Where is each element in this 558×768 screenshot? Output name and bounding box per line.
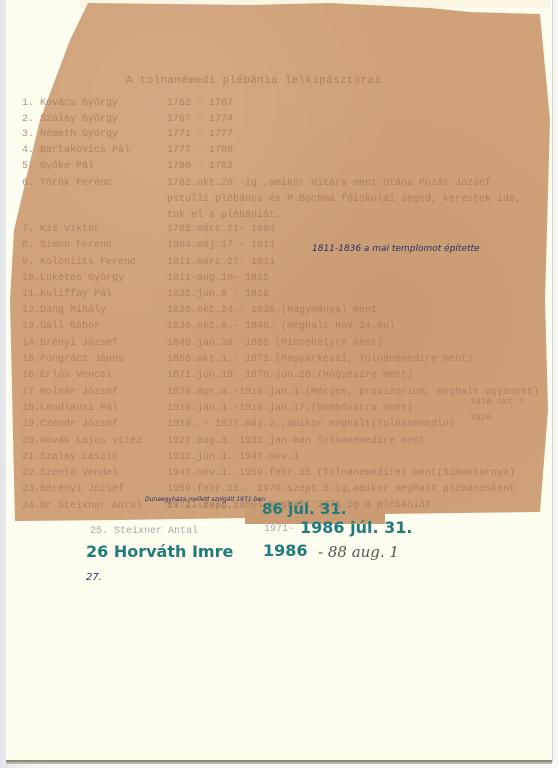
entry-dates: 1849.jan.30.-1855 (Pincehelyre ment) [167, 338, 383, 349]
entry-dates: 1804.máj.17 - 1811 [167, 240, 275, 251]
entry-dates: 1811-aug.10- 1825 [167, 273, 269, 284]
entry-note: 1910.okt.? [470, 397, 524, 407]
entry-name: Bartakovics Pál [40, 145, 130, 156]
row25-name: 25. Steixner Antal [90, 526, 198, 537]
entry-number: 8. [22, 240, 40, 251]
entry-name: Németh György [40, 129, 118, 140]
entry-number: 2. [22, 114, 40, 125]
row26-start: 1986 [263, 541, 308, 560]
entry-name: Szalay László [40, 452, 118, 463]
entry-name: Gyóke Pál [40, 161, 94, 172]
entry-name: Török Ferenc [40, 178, 112, 189]
entry-dates: 1856.okt.1.- 1871.(Magyarkeszi, Tolnaném… [167, 354, 473, 365]
entry-number: 24. [22, 501, 40, 512]
entry-dates: 1777 - 1780 [167, 145, 233, 156]
entry-name: Czéndr József [40, 419, 118, 430]
entry-dates: 1947.nov.1.-1959.febr.15 (Tolnanémedire)… [167, 468, 515, 479]
entry-name: Lendlausi Pál [40, 403, 118, 414]
entry-dates: 1932.jún.1.-1947.nov.1 [167, 452, 299, 463]
entry-name: Dr Steixner Antal [40, 501, 142, 512]
row26-end: - 88 aug. 1 [318, 543, 399, 561]
margin-note: 1811-1836 a mai templomot építette [312, 244, 480, 254]
entry-name: Pongrácz János [40, 354, 124, 365]
entry-dates: 1836.okt.6.- 1848. (meghalt nov.24.én) [167, 321, 395, 332]
entry-continuation: pstulli plébános és P.Bochma főiskolai s… [167, 194, 521, 205]
entry-number: 22. [22, 468, 40, 479]
entry-number: 5. [22, 161, 40, 172]
entry-dates: 1771 - 1777 [167, 129, 233, 140]
entry-number: 13. [22, 321, 40, 332]
row27-number: 27. [86, 572, 102, 583]
entry-number: 12. [22, 305, 40, 316]
entry-name: Szentó Vendel [40, 468, 118, 479]
entry-name: Molnár József [40, 387, 118, 398]
small-handwritten-note: Dunaegyháza mellett szolgált 1971-ben [145, 496, 265, 503]
entry-name: Dang Mihály [40, 305, 106, 316]
entry-dates: 1910.jan.1.-1919.jan.17.(Dombóvárra ment… [167, 403, 413, 414]
entry-number: 15. [22, 354, 40, 365]
entry-number: 11. [22, 289, 40, 300]
entry-continuation: tok el a plébániát. [167, 210, 281, 221]
entry-number: 14. [22, 338, 40, 349]
row25-start: 1971- [264, 524, 294, 535]
entry-number: 6. [22, 178, 40, 189]
entry-name: Koloniits Ferenc [40, 257, 136, 268]
entry-name: Kovács György [40, 98, 118, 109]
entry-name: Bérényi József [40, 484, 124, 495]
entry-number: 19. [22, 419, 40, 430]
entry-number: 4. [22, 145, 40, 156]
entry-dates: 1811.márc.27- 1811 [167, 257, 275, 268]
entry-name: Novák Lajos vitéz [40, 436, 142, 447]
entry-dates: 1767 - 1774 [167, 114, 233, 125]
entry-number: 9. [22, 257, 40, 268]
entry-dates: 1780 - 1782 [167, 161, 233, 172]
entry-name: Szalay György [40, 114, 118, 125]
entry-dates: 1752 - 1767 [167, 98, 233, 109]
entry-dates: 1826.okt.24.- 1836.(Nagymánya) ment [167, 305, 377, 316]
entry-number: 1. [22, 98, 40, 109]
entry-name: Gáll Gábor [40, 321, 100, 332]
entry-number: 10. [22, 273, 40, 284]
entry-name: Simon Ferenc [40, 240, 112, 251]
entry-dates: 1927.aug.3.-1932.jan-ban Tolnanémedire m… [167, 436, 425, 447]
entry-number: 7. [22, 224, 40, 235]
entry-number: 18. [22, 403, 40, 414]
entry-name: Luketos György [40, 273, 124, 284]
entry-name: Kuliffay Pál [40, 289, 112, 300]
green-end-date-row24: 86 júl. 31. [262, 500, 347, 518]
entry-number: 20. [22, 436, 40, 447]
entry-dates: 1782.okt.20.-ig.,amikor Vitára ment.Után… [167, 178, 491, 189]
entry-name: Kis Viktor [40, 224, 100, 235]
entry-dates: 1825.jun.8 - 1826 [167, 289, 269, 300]
entry-number: 21. [22, 452, 40, 463]
entry-name: Brényi József [40, 338, 118, 349]
entry-number: 23. [22, 484, 40, 495]
row25-end: 1986 júl. 31. [300, 518, 412, 537]
entry-dates: 1785.márc.21- 1804 [167, 224, 275, 235]
entry-dates: 1919. - 1927.máj.2.,amikor meghalt(Tolna… [167, 419, 455, 430]
entry-number: 3. [22, 129, 40, 140]
entry-number: 16. [22, 370, 40, 381]
row26-name: 26 Horváth Imre [86, 542, 233, 561]
entry-dates: 1871.jún.19.-1876.jún.26.(Hőgyészre ment… [167, 370, 413, 381]
entry-name: Erlős Vencel [40, 370, 112, 381]
entry-dates: 1959.febr.15.- 1970.szept.5-ig,amikor me… [167, 484, 515, 495]
entry-number: 17. [22, 387, 40, 398]
document-title: A tolnanémedi plébánia lelkipásztorai [126, 75, 381, 87]
entry-note: 1926 [470, 413, 492, 423]
